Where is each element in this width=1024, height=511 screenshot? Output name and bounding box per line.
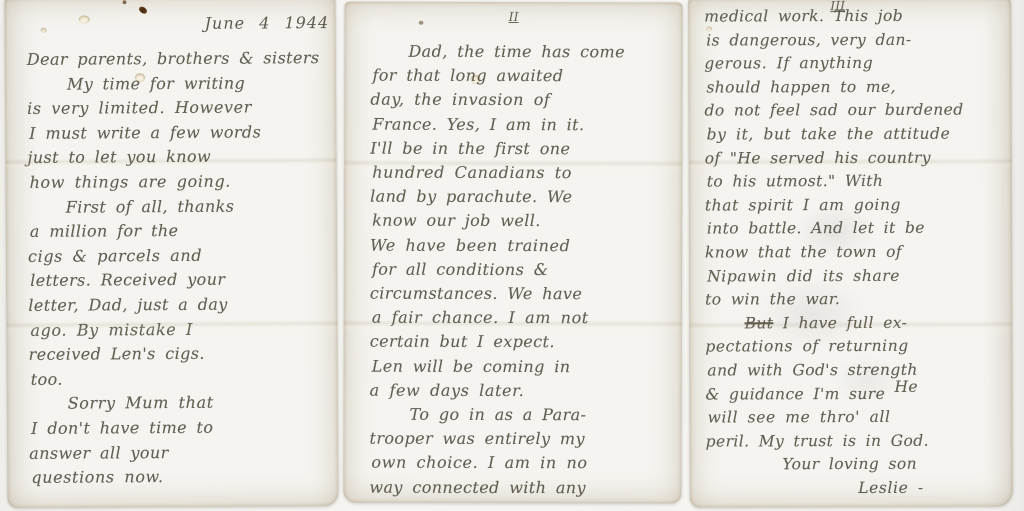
- letter-scan: June 4 1944 Dear parents, brothers & sis…: [0, 0, 1024, 511]
- handwritten-line: of "He served his country: [705, 146, 1012, 171]
- handwritten-line: is dangerous, very dan-: [706, 28, 1011, 53]
- handwritten-line: a million for the: [30, 218, 337, 244]
- handwritten-line: Leslie -: [706, 476, 1013, 501]
- handwritten-line: medical work. This job: [704, 4, 1011, 29]
- handwritten-line: Dear parents, brothers & sisters: [27, 46, 336, 72]
- handwritten-line: Your loving son: [708, 453, 1013, 478]
- letter-page-1: June 4 1944 Dear parents, brothers & sis…: [4, 0, 338, 508]
- page-3-text: medical work. This jobis dangerous, very…: [688, 0, 1013, 501]
- handwritten-line: just to let you know: [27, 144, 336, 170]
- line-fragment: I have full ex-: [773, 314, 907, 332]
- handwritten-line: should happen to me,: [706, 75, 1011, 100]
- handwritten-line: I don't have time to: [31, 415, 338, 441]
- page-2-text: Dad, the time has comefor that long awai…: [343, 2, 682, 501]
- handwritten-line: is very limited. However: [27, 95, 336, 121]
- line-fragment: [707, 314, 744, 332]
- handwritten-line: to win the war.: [705, 288, 1012, 313]
- handwritten-line: received Len's cigs.: [29, 341, 338, 367]
- handwritten-line: how things are going.: [30, 169, 337, 195]
- handwritten-line: My time for writing: [29, 71, 336, 97]
- handwritten-line: day, the invasion of: [370, 88, 682, 113]
- handwritten-line: own choice. I am in no: [371, 451, 681, 476]
- handwritten-line: We have been trained: [370, 233, 682, 258]
- handwritten-line: gerous. If anything: [704, 52, 1011, 77]
- handwritten-line: answer all your: [29, 439, 338, 465]
- handwritten-line: & guidance I'm sure He: [705, 382, 1012, 407]
- handwritten-line: Nipawin did its share: [707, 264, 1012, 289]
- handwritten-line: do not feel sad our burdened: [704, 99, 1011, 124]
- handwritten-line: But I have full ex-: [707, 311, 1012, 336]
- handwritten-line: by it, but take the attitude: [707, 122, 1012, 147]
- letter-page-2: II Dad, the time has comefor that long a…: [343, 2, 682, 504]
- handwritten-line: pectations of returning: [705, 335, 1012, 360]
- handwritten-line: know our job well.: [372, 209, 682, 234]
- handwritten-line: for that long awaited: [372, 64, 682, 89]
- handwritten-line: peril. My trust is in God.: [706, 429, 1013, 454]
- handwritten-line: France. Yes, I am in it.: [372, 112, 682, 137]
- handwritten-line: Dad, the time has come: [370, 40, 682, 65]
- handwritten-line: a fair chance. I am not: [372, 306, 682, 331]
- handwritten-line: I'll be in the first one: [370, 136, 682, 161]
- handwritten-line: into battle. And let it be: [707, 217, 1012, 242]
- handwritten-line: a few days later.: [370, 378, 682, 403]
- handwritten-line: cigs & parcels and: [28, 243, 337, 269]
- page-1-text: Dear parents, brothers & sisters My time…: [4, 0, 338, 491]
- handwritten-line: questions now.: [31, 464, 338, 490]
- handwritten-line: Sorry Mum that: [29, 390, 338, 416]
- handwritten-line: way connected with any: [369, 475, 681, 500]
- letter-page-3: III medical work. This jobis dangerous, …: [688, 0, 1013, 508]
- handwritten-line: To go in as a Para-: [372, 403, 682, 428]
- handwritten-line: circumstances. We have: [370, 282, 682, 307]
- handwritten-line: for all conditions &: [372, 257, 682, 282]
- handwritten-line: know that the town of: [705, 240, 1012, 265]
- handwritten-line: letters. Received your: [30, 267, 337, 293]
- handwritten-line: I must write a few words: [29, 120, 336, 146]
- handwritten-line: that spirit I am going: [705, 193, 1012, 218]
- handwritten-line: Len will be coming in: [372, 354, 682, 379]
- handwritten-line: will see me thro' all: [708, 406, 1013, 431]
- line-fragment: & guidance I'm sure: [705, 384, 894, 403]
- handwritten-line: hundred Canadians to: [372, 161, 682, 186]
- handwritten-line: too.: [31, 366, 338, 392]
- line-fragment: He: [894, 377, 918, 395]
- handwritten-line: certain but I expect.: [370, 330, 682, 355]
- handwritten-line: and with God's strength: [707, 358, 1012, 383]
- handwritten-line: to his utmost." With: [707, 170, 1012, 195]
- handwritten-line: trooper was entirely my: [369, 427, 681, 452]
- handwritten-line: letter, Dad, just a day: [28, 292, 337, 318]
- handwritten-line: ago. By mistake I: [30, 317, 337, 343]
- handwritten-line: First of all, thanks: [28, 194, 337, 220]
- handwritten-line: land by parachute. We: [370, 185, 682, 210]
- struck-word: But: [745, 314, 774, 332]
